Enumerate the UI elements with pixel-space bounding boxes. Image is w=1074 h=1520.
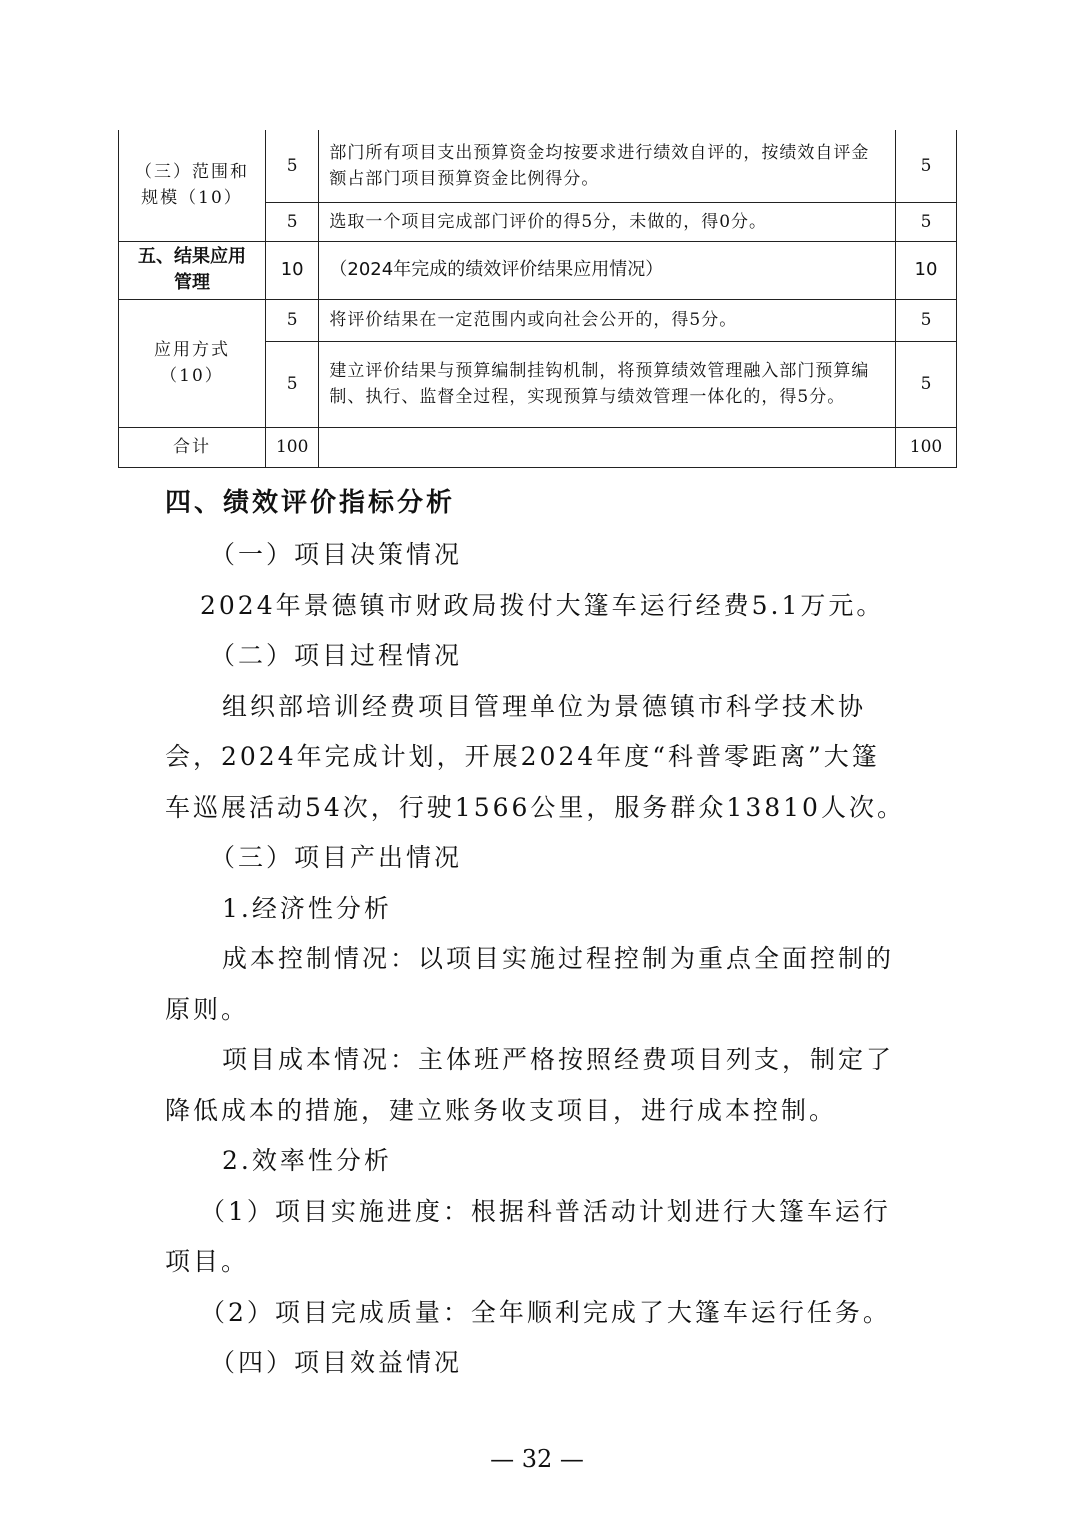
paragraph-line: 原则。: [165, 990, 249, 1026]
score-cell: 5: [265, 299, 318, 341]
page-number: — 32 —: [0, 1445, 1074, 1473]
category-cell: （三）范围和规模（10）: [119, 130, 266, 241]
paragraph-line: （1）项目实施进度：根据科普活动计划进行大篷车运行: [200, 1192, 891, 1228]
paragraph: （2）项目完成质量：全年顺利完成了大篷车运行任务。: [200, 1293, 891, 1329]
category-cell: 应用方式（10）: [119, 299, 266, 427]
table-row: 合计 100 100: [119, 427, 957, 467]
table-row: 五、结果应用管理 10 （2024年完成的绩效评价结果应用情况） 10: [119, 241, 957, 299]
score-cell: 5: [265, 130, 318, 202]
criteria-cell: 建立评价结果与预算编制挂钩机制，将预算绩效管理融入部门预算编制、执行、监督全过程…: [319, 341, 896, 427]
result-cell: 5: [895, 130, 956, 202]
subheading: （二）项目过程情况: [210, 636, 462, 672]
result-cell: 100: [895, 427, 956, 467]
category-cell: 五、结果应用管理: [119, 241, 266, 299]
result-cell: 5: [895, 341, 956, 427]
result-cell: 5: [895, 299, 956, 341]
criteria-cell: [319, 427, 896, 467]
subheading: （一）项目决策情况: [210, 535, 462, 571]
score-cell: 10: [265, 241, 318, 299]
criteria-cell: 部门所有项目支出预算资金均按要求进行绩效自评的，按绩效自评金额占部门项目预算资金…: [319, 130, 896, 202]
subheading: 2.效率性分析: [222, 1141, 392, 1177]
score-cell: 5: [265, 341, 318, 427]
paragraph-line: 项目成本情况：主体班严格按照经费项目列支，制定了: [222, 1040, 894, 1076]
subheading: （三）项目产出情况: [210, 838, 462, 874]
subheading: 1.经济性分析: [222, 889, 392, 925]
paragraph-line: 降低成本的措施，建立账务收支项目，进行成本控制。: [165, 1091, 837, 1127]
paragraph-line: 会，2024年完成计划，开展2024年度“科普零距离”大篷: [165, 737, 880, 773]
score-cell: 100: [265, 427, 318, 467]
subheading: （四）项目效益情况: [210, 1343, 462, 1379]
criteria-cell: 将评价结果在一定范围内或向社会公开的，得5分。: [319, 299, 896, 341]
criteria-cell: 选取一个项目完成部门评价的得5分，未做的，得0分。: [319, 202, 896, 241]
scoring-table: （三）范围和规模（10） 5 部门所有项目支出预算资金均按要求进行绩效自评的，按…: [118, 130, 957, 468]
paragraph-line: 车巡展活动54次，行驶1566公里，服务群众13810人次。: [165, 788, 905, 824]
paragraph-line: 成本控制情况：以项目实施过程控制为重点全面控制的: [222, 939, 894, 975]
table-row: 应用方式（10） 5 将评价结果在一定范围内或向社会公开的，得5分。 5: [119, 299, 957, 341]
section-title: 四、绩效评价指标分析: [165, 482, 455, 519]
result-cell: 5: [895, 202, 956, 241]
paragraph-line: 项目。: [165, 1242, 249, 1278]
result-cell: 10: [895, 241, 956, 299]
paragraph-line: 组织部培训经费项目管理单位为景德镇市科学技术协: [222, 687, 866, 723]
table-row: （三）范围和规模（10） 5 部门所有项目支出预算资金均按要求进行绩效自评的，按…: [119, 130, 957, 202]
criteria-cell: （2024年完成的绩效评价结果应用情况）: [319, 241, 896, 299]
paragraph: 2024年景德镇市财政局拨付大篷车运行经费5.1万元。: [200, 586, 884, 622]
category-cell: 合计: [119, 427, 266, 467]
score-cell: 5: [265, 202, 318, 241]
